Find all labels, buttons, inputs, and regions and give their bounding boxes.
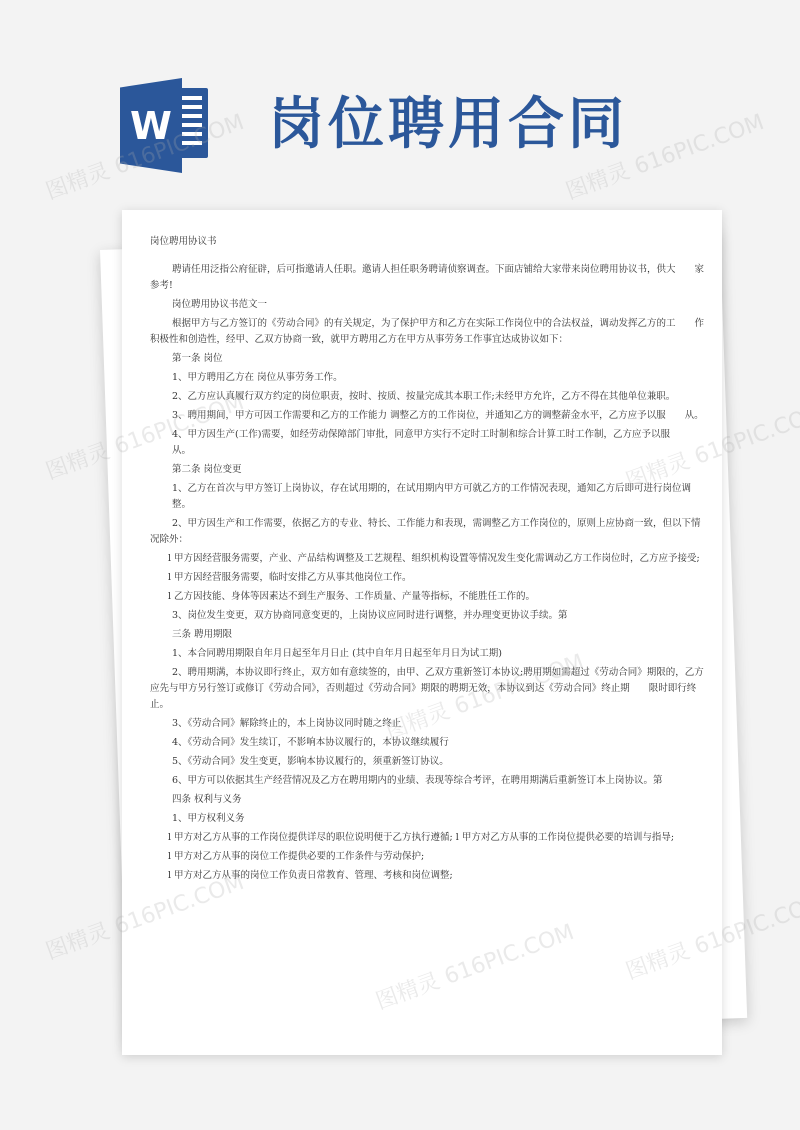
article3-item: 3、《劳动合同》解除终止的，本上岗协议同时随之终止	[150, 716, 705, 732]
article3-item: 6、甲方可以依据其生产经营情况及乙方在聘用期内的业绩、表现等综合考评，在聘用期满…	[150, 773, 705, 789]
article3-item: 2、聘用期满，本协议即行终止，双方如有意续签的，由甲、乙双方重新签订本协议;聘用…	[150, 665, 705, 713]
article4-subheading: 1、甲方权利义务	[150, 811, 705, 827]
article3-item: 4、《劳动合同》发生续订，不影响本协议履行的，本协议继续履行	[150, 735, 705, 751]
document-page: 岗位聘用协议书 聘请任用泛指公府征辟，后可指邀请人任职。邀请人担任职务聘请侦察调…	[122, 210, 722, 1055]
article1-heading: 第一条 岗位	[150, 351, 705, 367]
article4-bullet: l 甲方对乙方从事的工作岗位提供详尽的职位说明便于乙方执行遵循; l 甲方对乙方…	[150, 830, 705, 846]
article2-item: 3、岗位发生变更，双方协商同意变更的，上岗协议应同时进行调整，并办理变更协议手续…	[150, 608, 705, 624]
article2-bullet: l 甲方因经营服务需要，临时安排乙方从事其他岗位工作。	[150, 570, 705, 586]
document-title: 岗位聘用协议书	[150, 234, 705, 250]
word-icon-letter: W	[127, 104, 175, 148]
article4-heading: 四条 权利与义务	[150, 792, 705, 808]
article1-item: 2、乙方应认真履行双方约定的岗位职责，按时、按质、按量完成其本职工作;未经甲方允…	[150, 389, 705, 405]
intro-paragraph: 聘请任用泛指公府征辟，后可指邀请人任职。邀请人担任职务聘请侦察调查。下面店铺给大…	[150, 262, 705, 294]
article1-item: 4、甲方因生产(工作)需要，如经劳动保障部门审批，同意甲方实行不定时工时制和综合…	[150, 427, 705, 459]
article3-heading: 三条 聘用期限	[150, 627, 705, 643]
article4-bullet: l 甲方对乙方从事的岗位工作提供必要的工作条件与劳动保护;	[150, 849, 705, 865]
article2-bullet: l 乙方因技能、身体等因素达不到生产服务、工作质量、产量等指标，不能胜任工作的。	[150, 589, 705, 605]
sample-heading: 岗位聘用协议书范文一	[150, 297, 705, 313]
article1-item: 1、甲方聘用乙方在 岗位从事劳务工作。	[150, 370, 705, 386]
article2-heading: 第二条 岗位变更	[150, 462, 705, 478]
article2-item: 2、甲方因生产和工作需要，依据乙方的专业、特长、工作能力和表现，需调整乙方工作岗…	[150, 516, 705, 548]
article2-bullet: l 甲方因经营服务需要，产业、产品结构调整及工艺规程、组织机构设置等情况发生变化…	[150, 551, 705, 567]
article2-item: 1、乙方在首次与甲方签订上岗协议，存在试用期的，在试用期内甲方可就乙方的工作情况…	[150, 481, 705, 513]
article3-item: 5、《劳动合同》发生变更，影响本协议履行的，须重新签订协议。	[150, 754, 705, 770]
article3-item: 1、本合同聘用期限自年月日起至年月日止 (其中自年月日起至年月日为试工期)	[150, 646, 705, 662]
document-body: 岗位聘用协议书 聘请任用泛指公府征辟，后可指邀请人任职。邀请人担任职务聘请侦察调…	[150, 234, 705, 887]
header-banner: W 岗位聘用合同	[0, 0, 800, 200]
article4-bullet: l 甲方对乙方从事的岗位工作负责日常教育、管理、考核和岗位调整;	[150, 868, 705, 884]
preamble-paragraph: 根据甲方与乙方签订的《劳动合同》的有关规定，为了保护甲方和乙方在实际工作岗位中的…	[150, 316, 705, 348]
article1-item: 3、聘用期间，甲方可因工作需要和乙方的工作能力 调整乙方的工作岗位，并通知乙方的…	[150, 408, 705, 424]
page-title: 岗位聘用合同	[268, 80, 628, 160]
word-document-icon: W	[110, 78, 215, 173]
